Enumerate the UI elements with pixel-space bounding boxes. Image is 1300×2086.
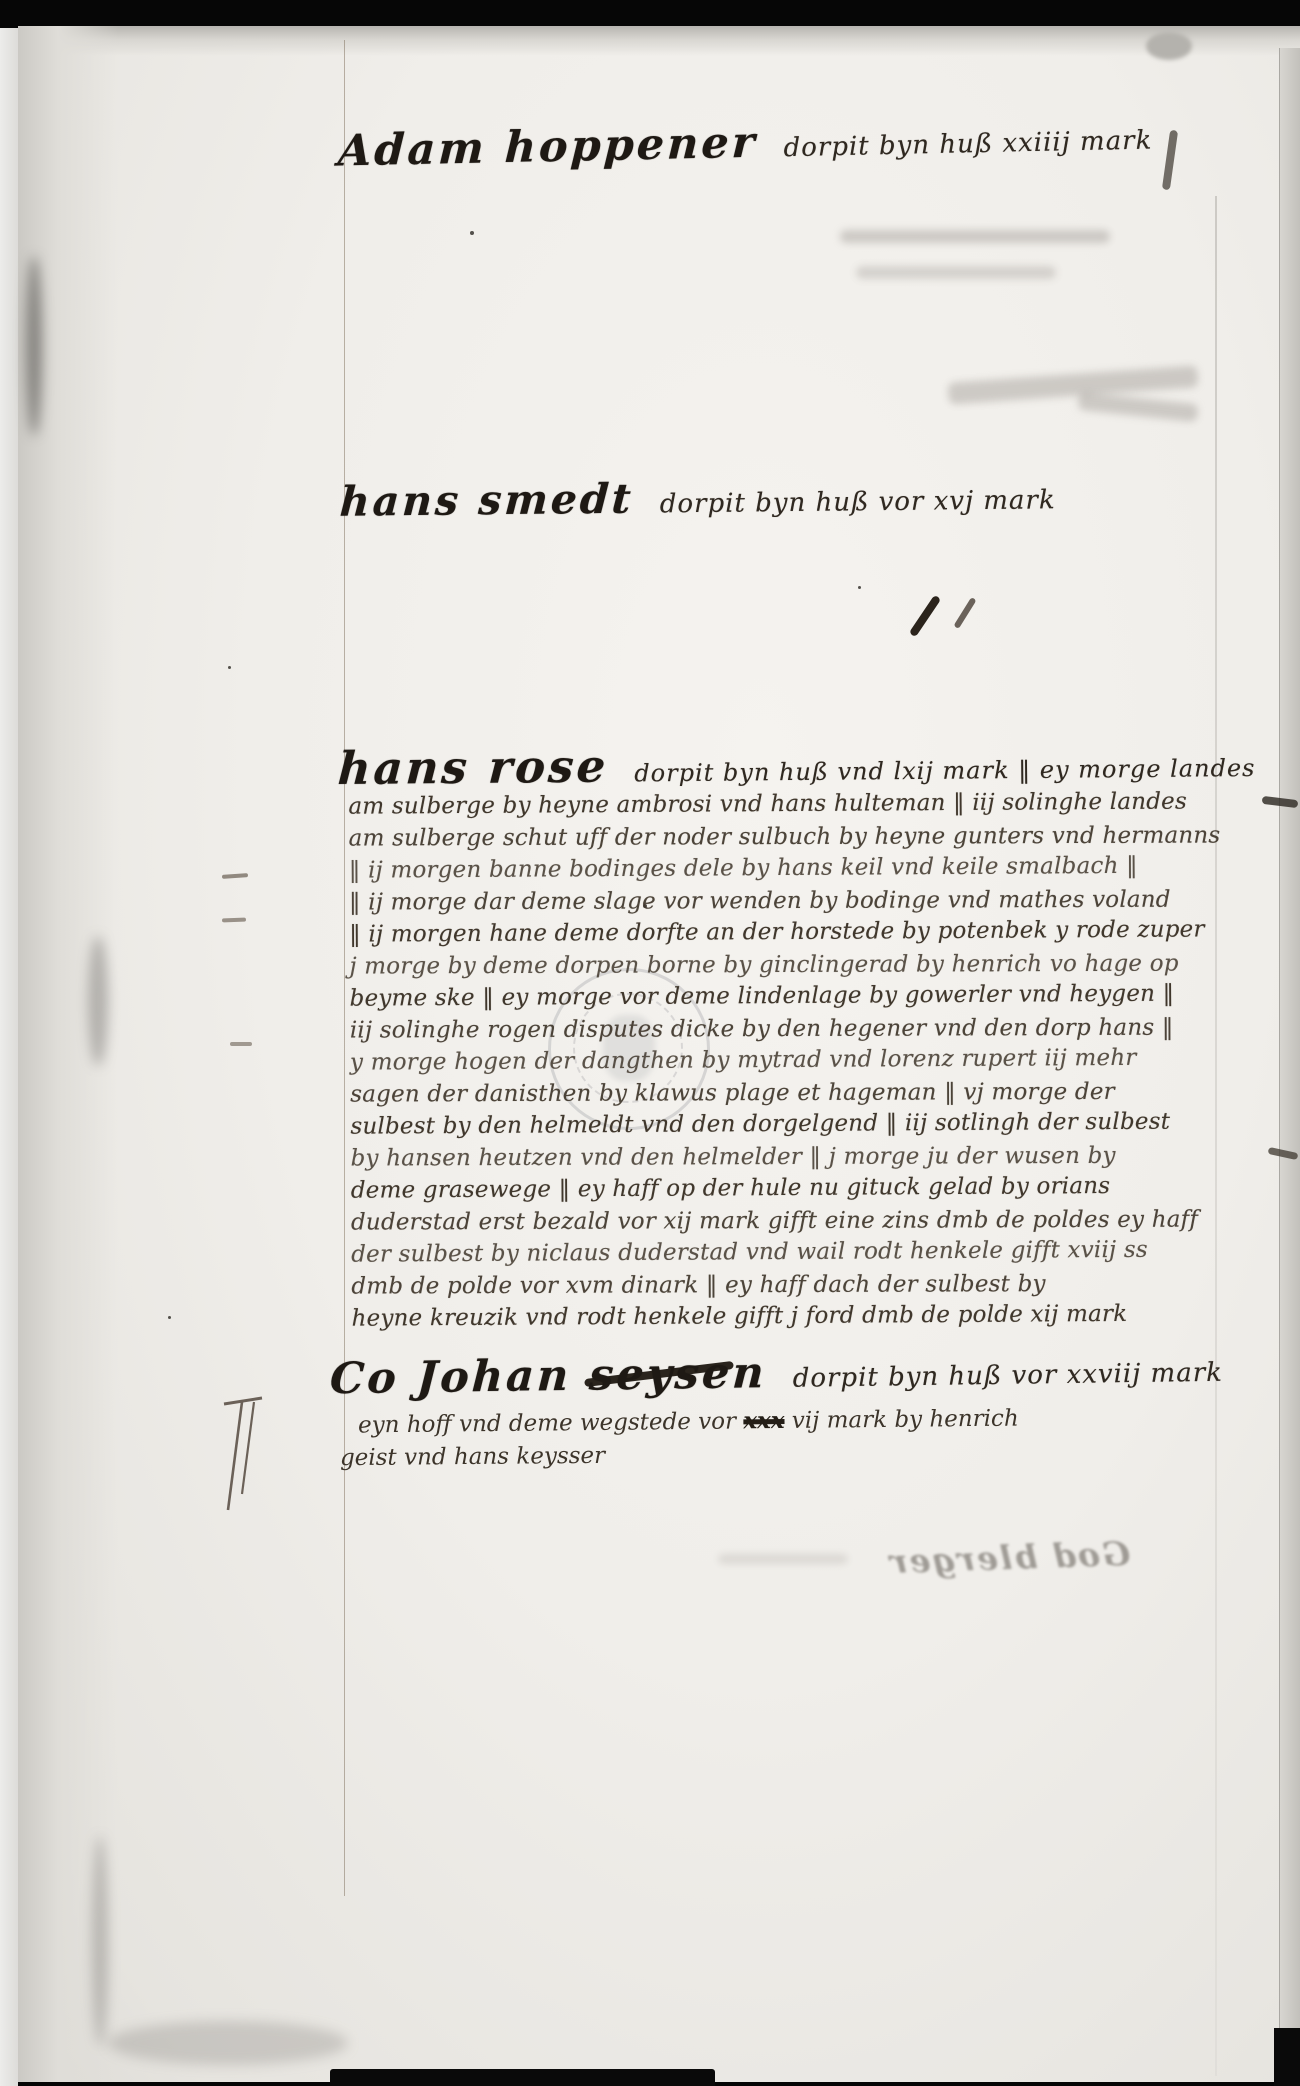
- entry-annotation: dorpit byn huß vor xxviij mark: [793, 1358, 1224, 1394]
- manuscript-line: dmb de polde vor xvm dinark ‖ ey haff da…: [351, 1267, 1223, 1302]
- ink-bleedthrough: [948, 365, 1199, 404]
- manuscript-line-segment: eyn hoff vnd deme wegstede vor: [358, 1408, 744, 1438]
- dust-speck: [858, 586, 861, 589]
- margin-dash: [222, 873, 248, 879]
- page-fore-edge: [1279, 48, 1300, 2082]
- edge-stain: [92, 1836, 108, 2046]
- edge-stain: [108, 2021, 348, 2065]
- entry-heading: hans rose: [336, 740, 610, 795]
- pen-flourish: [909, 595, 941, 638]
- entry-hans-smedt: hans smedt dorpit byn huß vor xvj mark: [340, 470, 1056, 525]
- entry-johan-seysen-line2: geist vnd hans keysser: [340, 1443, 605, 1471]
- manuscript-line: ‖ ij morgen banne bodinges dele by hans …: [349, 849, 1221, 886]
- entry-annotation: dorpit byn huß vor xvj mark: [660, 485, 1056, 519]
- ink-bleedthrough: [1077, 392, 1198, 422]
- torn-top-edge: [18, 26, 1300, 56]
- manuscript-line: der sulbest by niclaus duderstad vnd wai…: [351, 1233, 1223, 1270]
- manuscript-line: ‖ ij morgen hane deme dorfte an der hors…: [349, 913, 1221, 950]
- margin-dash: [222, 918, 246, 923]
- edge-stain: [26, 256, 42, 436]
- manuscript-line: geist vnd hans keysser: [340, 1443, 605, 1471]
- manuscript-line: beyme ske ‖ ey morge vor deme lindenlage…: [350, 977, 1222, 1014]
- margin-rule-line: [344, 40, 345, 1896]
- pen-flourish: [953, 597, 976, 629]
- manuscript-line-segment: vij mark by henrich: [784, 1406, 1018, 1434]
- scanner-edge-strip: [0, 0, 18, 2086]
- ink-bleedthrough: [856, 266, 1056, 279]
- entry-heading: Adam hoppener: [337, 118, 759, 177]
- ink-bleedthrough: [840, 230, 1110, 243]
- manuscript-line: y morge hogen der dangthen by mytrad vnd…: [350, 1041, 1222, 1078]
- entry-annotation: dorpit byn huß vnd lxij mark ‖ ey morge …: [634, 754, 1255, 787]
- entry-annotation: dorpit byn huß xxiiij mark: [783, 125, 1152, 163]
- dust-speck: [228, 666, 231, 669]
- entry-heading: hans smedt: [339, 475, 636, 526]
- manuscript-scan: God blerger Adam hoppener dorpit byn huß…: [0, 0, 1300, 2086]
- manuscript-line: j morge by deme dorpen borne by gincling…: [349, 947, 1221, 982]
- background-bottom-right: [1274, 2028, 1300, 2086]
- entry-hans-rose-body: am sulberge by heyne ambrosi vnd hans hu…: [348, 785, 1223, 1334]
- background-bottom: [330, 2069, 715, 2086]
- entry-johan-seysen: Co Johan seysen dorpit byn huß vor xxvii…: [330, 1342, 1223, 1404]
- pen-flourish: [1162, 130, 1178, 191]
- entry-adam-hoppener: Adam hoppener dorpit byn huß xxiiij mark: [338, 109, 1153, 176]
- margin-pilcrow-mark: [218, 1394, 278, 1518]
- edge-stain: [88, 936, 108, 1066]
- manuscript-line: sulbest by den helmeldt vnd den dorgelge…: [350, 1105, 1222, 1142]
- manuscript-line: deme grasewege ‖ ey haff op der hule nu …: [351, 1169, 1223, 1206]
- entry-johan-seysen-line1: eyn hoff vnd deme wegstede vor xxx vij m…: [358, 1405, 1019, 1439]
- manuscript-page: God blerger Adam hoppener dorpit byn huß…: [18, 26, 1300, 2082]
- binding-clasp-shadow: [1146, 32, 1192, 60]
- manuscript-line: sagen der danisthen by klawus plage et h…: [350, 1075, 1222, 1110]
- margin-dash: [230, 1042, 252, 1046]
- dust-speck: [470, 231, 474, 235]
- manuscript-line: heyne kreuzik vnd rodt henkele gifft j f…: [351, 1297, 1223, 1334]
- manuscript-line: am sulberge by heyne ambrosi vnd hans hu…: [348, 785, 1220, 822]
- ink-bleedthrough: [718, 1554, 848, 1564]
- entry-heading: Co Johan seysen: [329, 1348, 768, 1404]
- bleedthrough-mirrored-text: God blerger: [887, 1534, 1130, 1581]
- dust-speck: [168, 1316, 171, 1319]
- manuscript-line: ‖ ij morge dar deme slage vor wenden by …: [349, 883, 1221, 918]
- manuscript-line: by hansen heutzen vnd den helmelder ‖ j …: [351, 1139, 1223, 1174]
- struck-through-amount: xxx: [743, 1407, 784, 1434]
